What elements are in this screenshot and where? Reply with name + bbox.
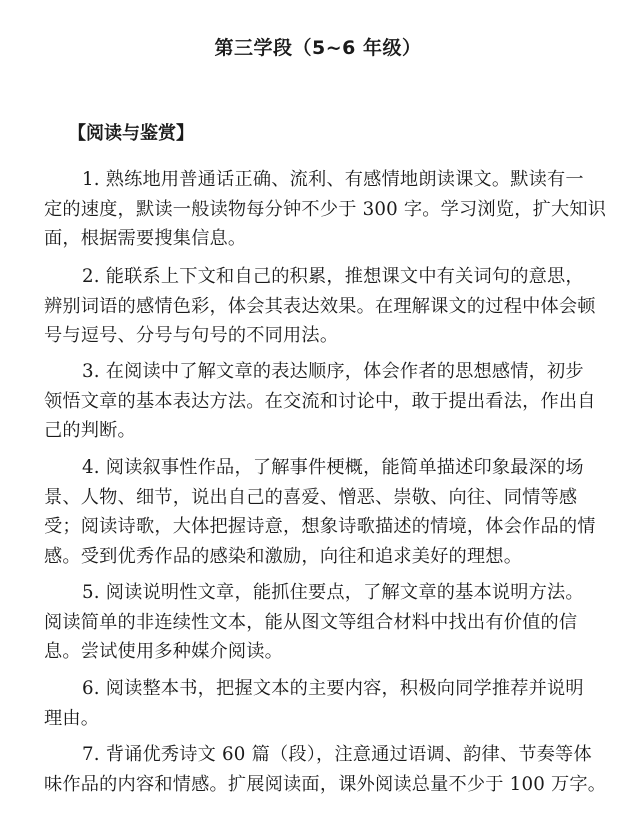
paragraph-line: 4. 阅读叙事性作品，了解事件梗概，能简单描述印象最深的场 [44, 453, 604, 483]
paragraph-6: 6. 阅读整本书，把握文本的主要内容，积极向同学推荐并说明 理由。 [44, 674, 604, 733]
section-heading: 【阅读与鉴赏】 [68, 120, 194, 148]
paragraph-line: 定的速度，默读一般读物每分钟不少于 300 字。学习浏览，扩大知识 [44, 195, 604, 225]
page-title: 第三学段（5~6 年级） [0, 34, 636, 62]
paragraph-line: 5. 阅读说明性文章，能抓住要点，了解文章的基本说明方法。 [44, 578, 604, 608]
paragraph-line: 阅读简单的非连续性文本，能从图文等组合材料中找出有价值的信 [44, 608, 604, 638]
paragraph-line: 味作品的内容和情感。扩展阅读面，课外阅读总量不少于 100 万字。 [44, 770, 604, 800]
paragraph-line: 己的判断。 [44, 416, 604, 446]
paragraph-2: 2. 能联系上下文和自己的积累，推想课文中有关词句的意思， 辨别词语的感情色彩，… [44, 262, 604, 351]
paragraph-line: 2. 能联系上下文和自己的积累，推想课文中有关词句的意思， [44, 262, 604, 292]
paragraph-line: 号与逗号、分号与句号的不同用法。 [44, 321, 604, 351]
paragraph-line: 6. 阅读整本书，把握文本的主要内容，积极向同学推荐并说明 [44, 674, 604, 704]
paragraph-7: 7. 背诵优秀诗文 60 篇（段），注意通过语调、韵律、节奏等体 味作品的内容和… [44, 740, 604, 799]
paragraph-3: 3. 在阅读中了解文章的表达顺序，体会作者的思想感情，初步 领悟文章的基本表达方… [44, 357, 604, 446]
paragraph-4: 4. 阅读叙事性作品，了解事件梗概，能简单描述印象最深的场 景、人物、细节，说出… [44, 453, 604, 571]
paragraph-line: 面，根据需要搜集信息。 [44, 224, 604, 254]
paragraph-line: 辨别词语的感情色彩，体会其表达效果。在理解课文的过程中体会顿 [44, 292, 604, 322]
paragraph-line: 1. 熟练地用普通话正确、流利、有感情地朗读课文。默读有一 [44, 165, 604, 195]
paragraph-line: 感。受到优秀作品的感染和激励，向往和追求美好的理想。 [44, 542, 604, 572]
paragraph-line: 领悟文章的基本表达方法。在交流和讨论中，敢于提出看法，作出自 [44, 387, 604, 417]
paragraph-5: 5. 阅读说明性文章，能抓住要点，了解文章的基本说明方法。 阅读简单的非连续性文… [44, 578, 604, 667]
paragraph-line: 3. 在阅读中了解文章的表达顺序，体会作者的思想感情，初步 [44, 357, 604, 387]
paragraph-1: 1. 熟练地用普通话正确、流利、有感情地朗读课文。默读有一 定的速度，默读一般读… [44, 165, 604, 254]
paragraph-line: 景、人物、细节，说出自己的喜爱、憎恶、崇敬、向往、同情等感 [44, 483, 604, 513]
paragraph-line: 息。尝试使用多种媒介阅读。 [44, 637, 604, 667]
paragraph-line: 受；阅读诗歌，大体把握诗意，想象诗歌描述的情境，体会作品的情 [44, 512, 604, 542]
paragraph-line: 理由。 [44, 704, 604, 734]
paragraph-line: 7. 背诵优秀诗文 60 篇（段），注意通过语调、韵律、节奏等体 [44, 740, 604, 770]
